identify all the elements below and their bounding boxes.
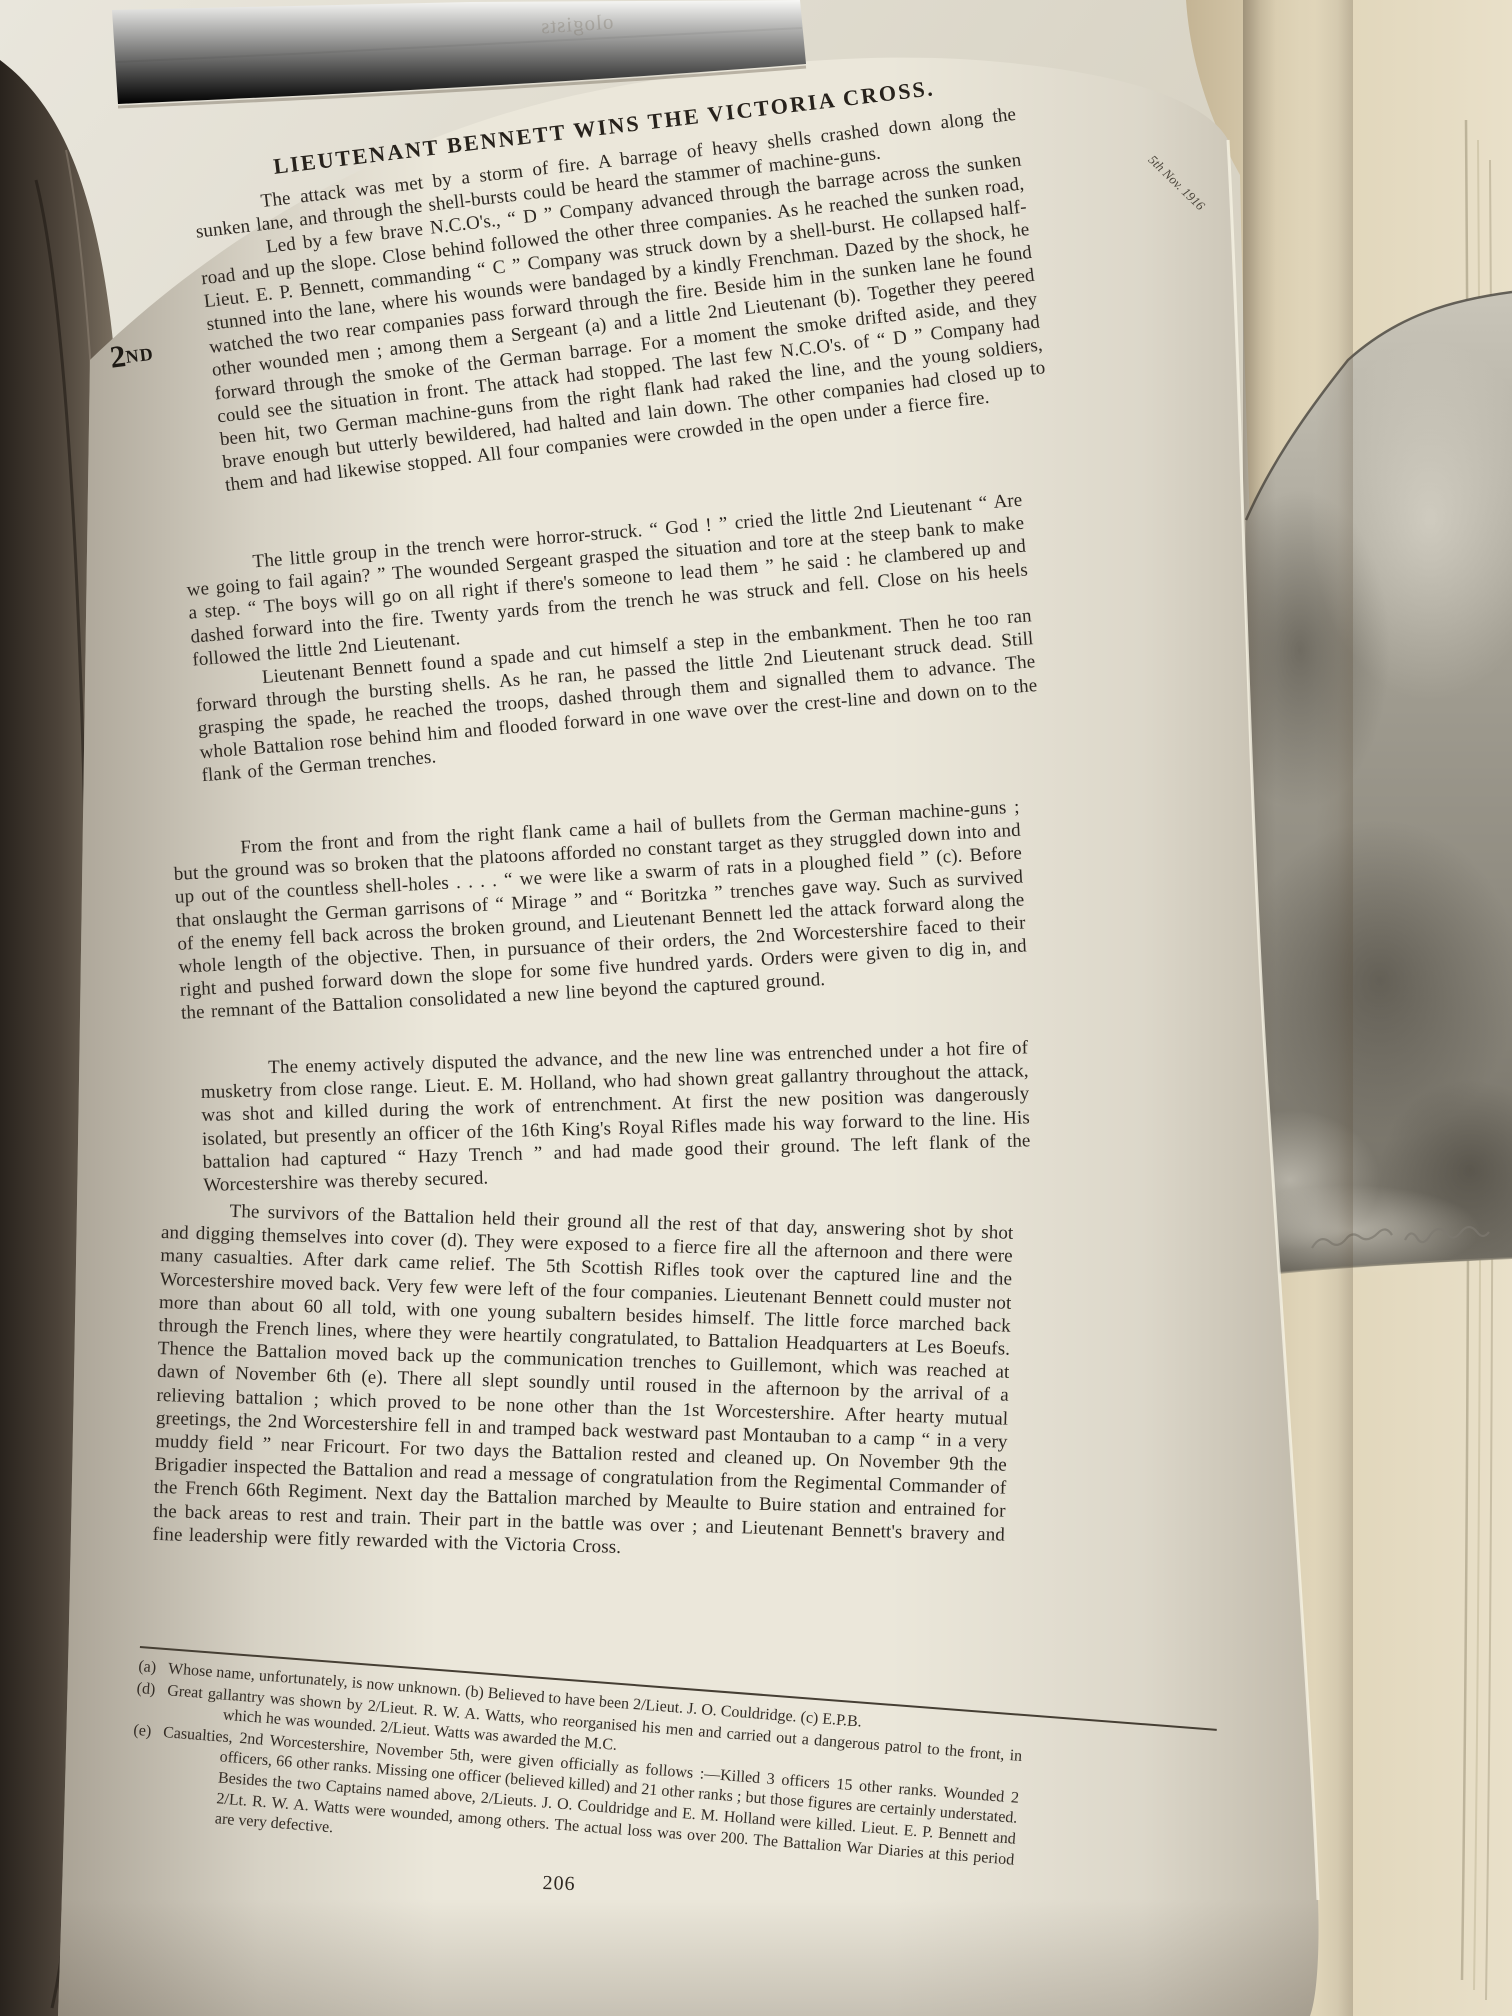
text-block: The survivors of the Battalion held thei…: [152, 1198, 1013, 1570]
paragraph: The enemy actively disputed the advance,…: [200, 1036, 1031, 1197]
margin-label-suffix: ND: [124, 344, 154, 367]
margin-label: 2ND: [108, 335, 156, 376]
text-block: The enemy actively disputed the advance,…: [200, 1036, 1031, 1197]
footnote-label: (a): [138, 1658, 157, 1676]
book-photo: ologists 5th Nov. 1916 2ND LIEUTENANT BE…: [0, 0, 1512, 2016]
page-number: 206: [542, 1872, 576, 1896]
paragraph: The survivors of the Battalion held thei…: [152, 1198, 1013, 1570]
slip-bleedthrough-text: ologists: [539, 9, 614, 39]
footnote-label: (d): [136, 1679, 156, 1697]
footnote-label: (e): [133, 1722, 152, 1740]
